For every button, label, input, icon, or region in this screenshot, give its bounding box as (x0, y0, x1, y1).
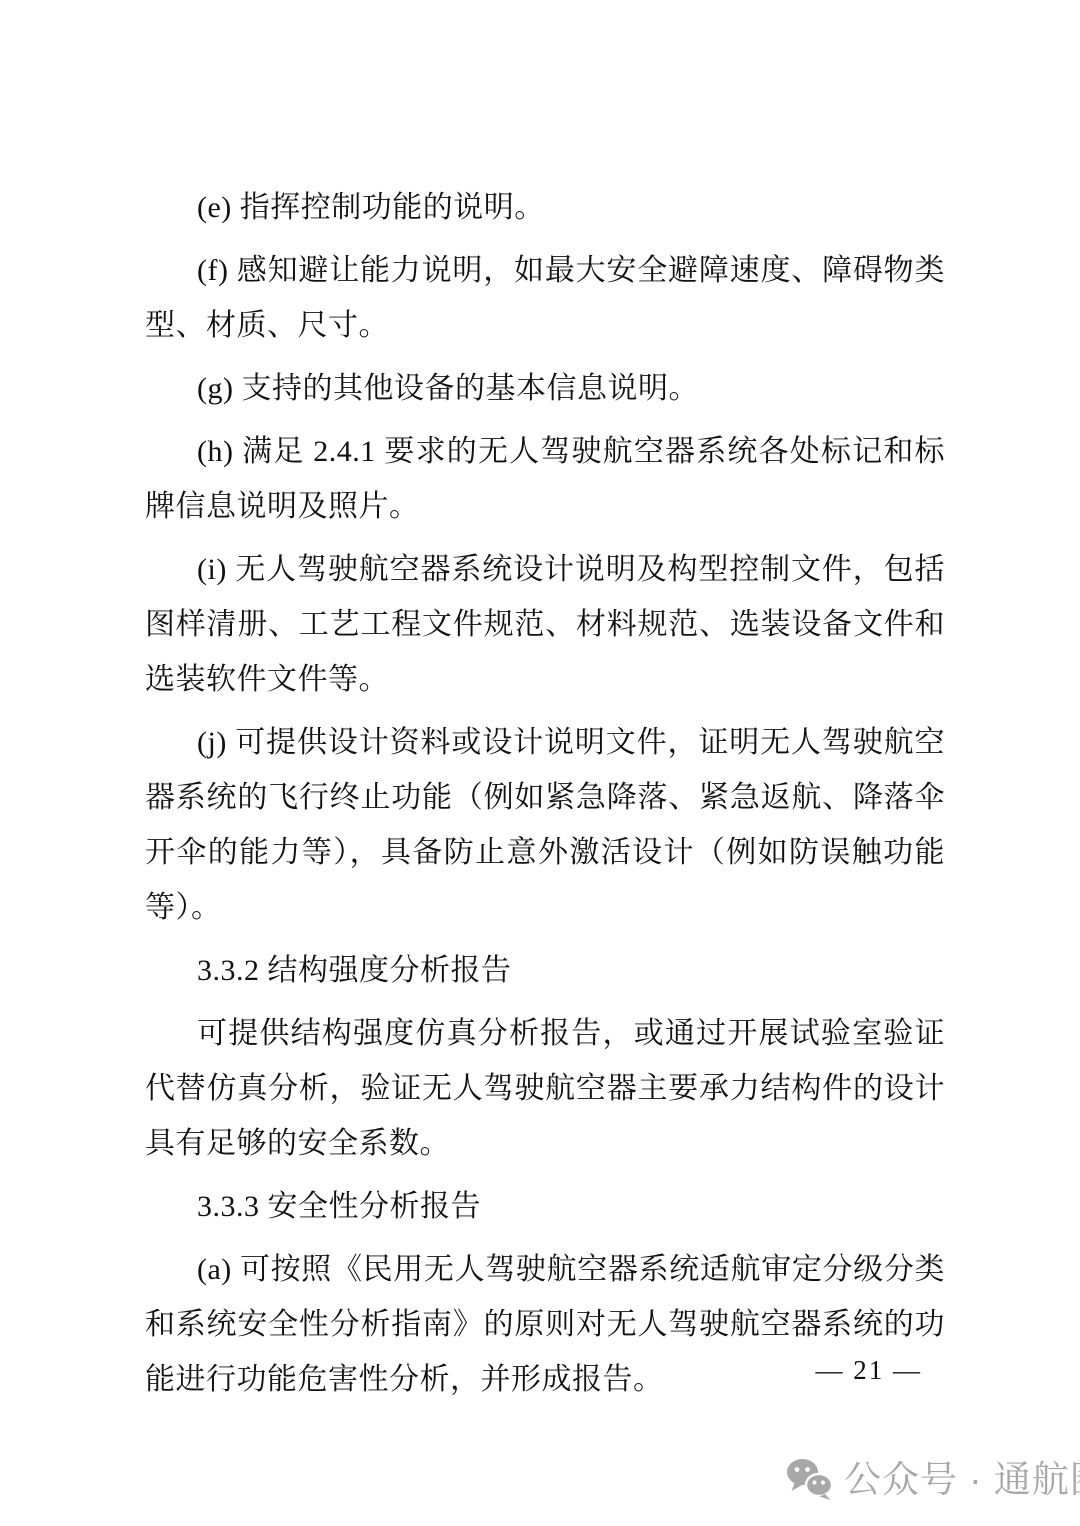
paragraph-item-g: (g) 支持的其他设备的基本信息说明。 (145, 361, 945, 416)
document-page: (e) 指挥控制功能的说明。 (f) 感知避让能力说明，如最大安全避障速度、障碍… (0, 0, 1080, 1526)
watermark-footer: 公众号 · 通航圈 (786, 1456, 1080, 1504)
watermark-label: 公众号 · 通航圈 (844, 1456, 1080, 1504)
wechat-icon (786, 1458, 834, 1502)
section-heading-3-3-2: 3.3.2 结构强度分析报告 (145, 943, 945, 998)
paragraph-item-j: (j) 可提供设计资料或设计说明文件，证明无人驾驶航空器系统的飞行终止功能（例如… (145, 715, 945, 935)
document-body: (e) 指挥控制功能的说明。 (f) 感知避让能力说明，如最大安全避障速度、障碍… (145, 180, 945, 1407)
paragraph-item-e: (e) 指挥控制功能的说明。 (145, 180, 945, 235)
paragraph-item-h: (h) 满足 2.4.1 要求的无人驾驶航空器系统各处标记和标牌信息说明及照片。 (145, 424, 945, 534)
paragraph-structure-report: 可提供结构强度仿真分析报告，或通过开展试验室验证代替仿真分析，验证无人驾驶航空器… (145, 1006, 945, 1171)
section-heading-3-3-3: 3.3.3 安全性分析报告 (145, 1179, 945, 1234)
page-number: — 21 — (816, 1354, 923, 1386)
paragraph-item-i: (i) 无人驾驶航空器系统设计说明及构型控制文件，包括图样清册、工艺工程文件规范… (145, 542, 945, 707)
paragraph-item-f: (f) 感知避让能力说明，如最大安全避障速度、障碍物类型、材质、尺寸。 (145, 243, 945, 353)
